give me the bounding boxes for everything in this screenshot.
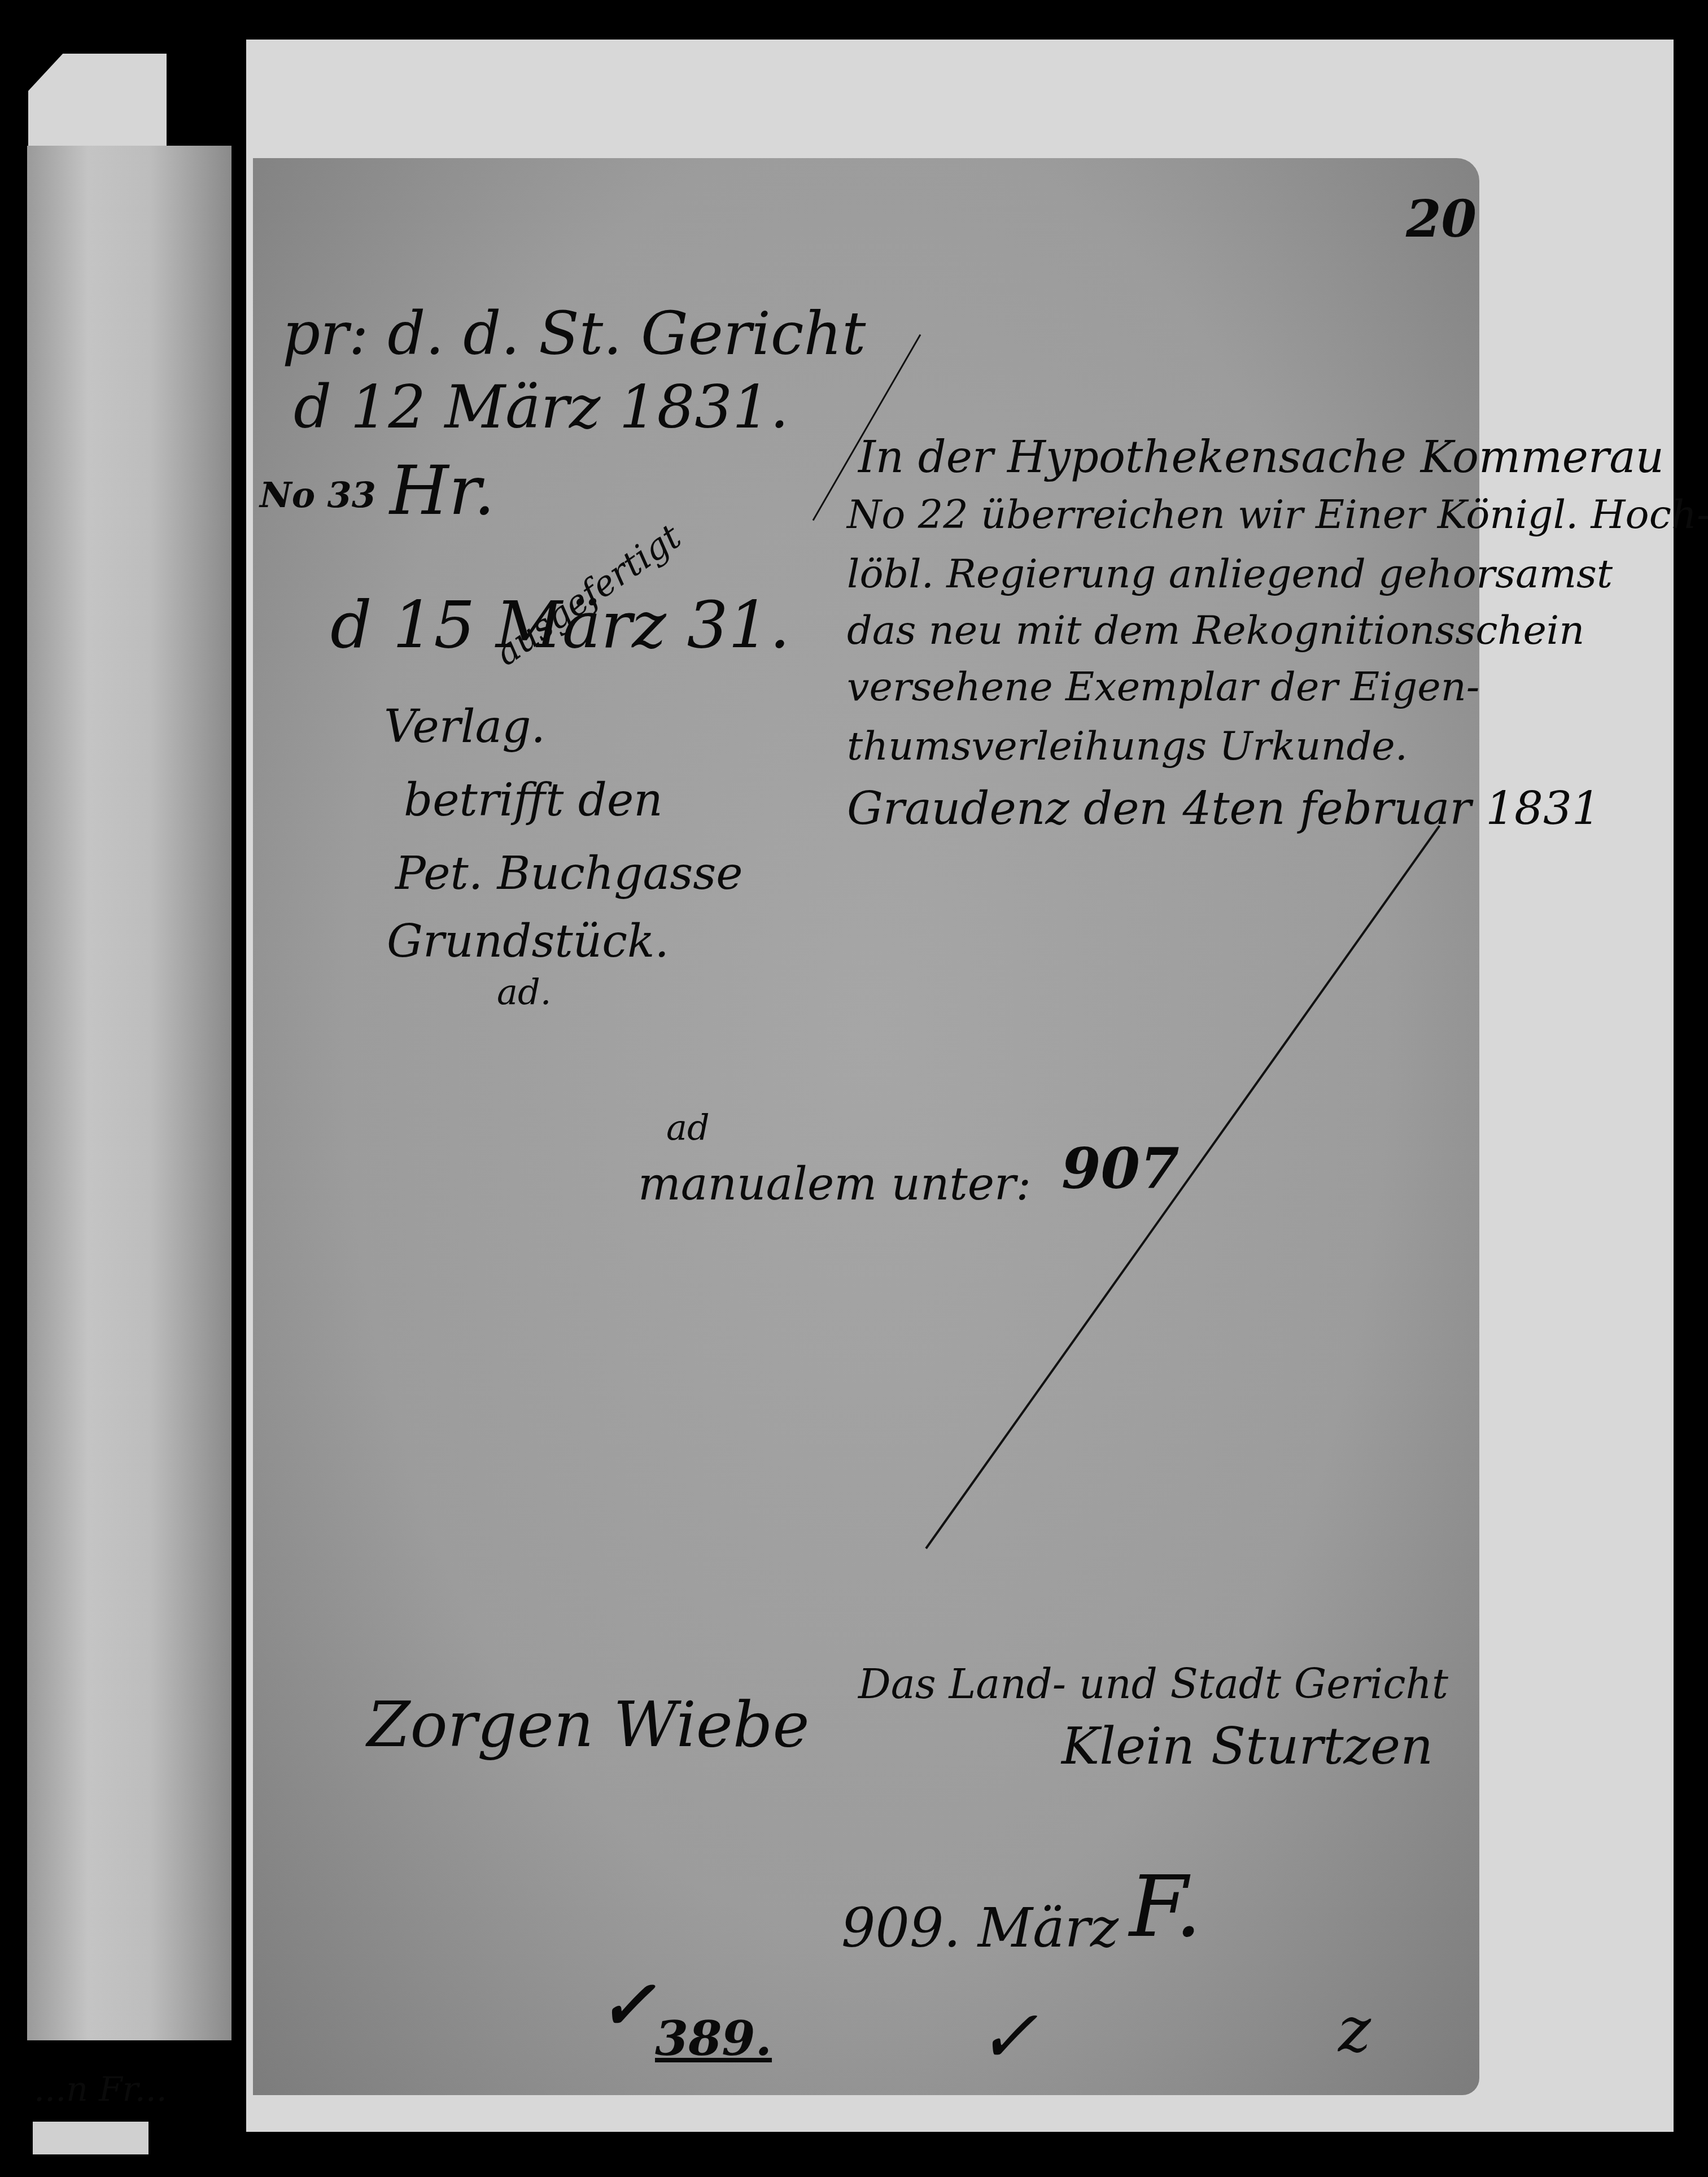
receipt-line-2: d 12 März 1831. [294,373,789,442]
rolled-edge-strip [27,146,231,2040]
body-line-6: thumsverleihungs Urkunde. [847,723,1408,769]
place-date: Graudenz den 4ten februar 1831 [847,782,1601,835]
body-line-2: No 22 überreichen wir Einer Königl. Hoch… [847,491,1708,538]
body-line-4: das neu mit dem Rekognitionsschein [847,607,1584,653]
margin-line-3: Pet. Buchgasse [395,847,743,900]
manual-number: 907 [1062,1135,1180,1202]
margin-line-2: betrifft den [404,774,663,826]
body-line-3: löbl. Regierung anliegend gehorsamst [847,551,1613,597]
bottom-number: 389. [655,2010,772,2067]
manual-text: manualem unter: [638,1158,1031,1210]
receipt-line-1: pr: d. d. St. Gericht [282,299,866,368]
signature-right-line-2: Klein Sturtzen [1062,1717,1433,1776]
signature-right-line-1: Das Land- und Stadt Gericht [858,1660,1448,1708]
roll-strip-top [28,54,167,147]
roll-strip-bottom [33,2122,148,2154]
margin-line-1: Verlag. [384,700,545,753]
roll-note: ...n Fr... [34,2070,167,2109]
body-line-1: In der Hypothekensache Kommerau [858,432,1664,483]
receipt-initials: Hr. [390,452,495,530]
manual-prefix: ad [666,1107,710,1148]
bottom-mark: F. [1129,1858,1202,1956]
bottom-check-mark: ✓ [599,1965,656,2045]
margin-line-5: ad. [497,971,551,1013]
margin-line-4: Grundstück. [387,915,669,967]
signature-left: Zorgen Wiebe [367,1689,809,1761]
bottom-check-mark-2: ✓ [977,1993,1038,2079]
folio-number: 20 [1406,189,1477,249]
body-line-5: versehene Exemplar der Eigen- [847,664,1479,710]
bottom-right-mark: z [1338,1993,1371,2066]
register-number: No 33 [260,474,376,516]
bottom-note: 909. März [841,1897,1119,1960]
